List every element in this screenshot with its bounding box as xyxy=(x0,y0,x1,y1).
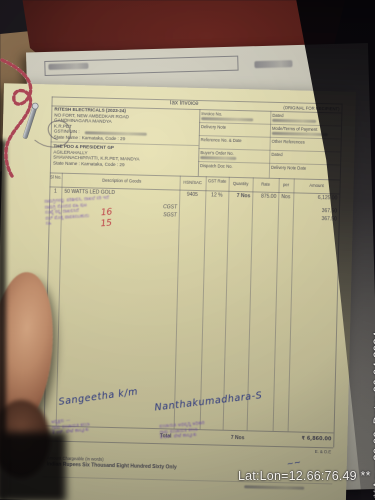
detail-value-smudge xyxy=(201,117,253,121)
col-header-amount: Amount xyxy=(294,182,340,188)
eoe-note: E. & O.E xyxy=(295,448,331,454)
back-page-scribble xyxy=(254,60,292,68)
item-amount: 6,125.00 xyxy=(293,194,337,201)
rule xyxy=(273,178,280,431)
tag-thread xyxy=(0,50,72,182)
stamp-handwritten-number-1: 16 xyxy=(100,207,112,218)
tax-row-sgst-amount: 367.50 xyxy=(293,215,337,222)
photo-of-invoice: Tax Invoice (ORIGINAL FOR RECIPIENT) RIT… xyxy=(0,0,375,500)
item-sl: 1 xyxy=(48,188,62,194)
grand-total-amount: ₹ 6,860.00 xyxy=(283,435,331,442)
detail-label-delivery-note-date: Delivery Note Date xyxy=(271,165,306,171)
detail-label-invoice-no: Invoice No. xyxy=(201,111,222,117)
detail-label-dated-2: Dated xyxy=(271,152,282,157)
col-header-description: Description of Goods xyxy=(64,177,180,185)
rule xyxy=(333,104,342,448)
stamp-handwritten-number-2: 15 xyxy=(100,218,112,229)
rule xyxy=(200,176,207,429)
detail-value-smudge xyxy=(272,119,316,123)
col-header-per: per xyxy=(279,182,294,187)
col-header-gst-rate: GST Rate xyxy=(206,178,229,184)
rule xyxy=(223,177,230,430)
bottom-left-shadow xyxy=(0,432,66,500)
item-hsn: 9405 xyxy=(179,192,205,199)
tax-row-cgst-amount: 367.50 xyxy=(293,207,337,214)
detail-label-reference: Reference No. & Date xyxy=(201,137,242,143)
item-gst-rate: 12 % xyxy=(205,192,228,199)
detail-label-other-refs: Other References xyxy=(272,139,305,145)
col-header-hsn: HSN/SAC xyxy=(180,180,206,186)
item-qty: 7 Nos xyxy=(228,193,250,200)
item-per: Nos xyxy=(278,194,293,200)
col-header-rate: Rate xyxy=(253,181,279,187)
detail-label-buyers-order: Buyer's Order No. xyxy=(200,150,234,156)
detail-label-delivery-note: Delivery Note xyxy=(201,124,226,130)
signature-right-stamp: ಪಂಚಾಯಿತಿ ಅಭಿವೃದ್ಧಿ ಅಧಿಕಾರಿ ಗ್ರಾಮ ಪಂಚಾಯತಿ… xyxy=(159,416,264,441)
corner-signature-scribble: ~∼ xyxy=(286,457,302,468)
rule xyxy=(43,440,333,448)
item-rate: 875.00 xyxy=(252,193,276,200)
detail-label-dispatch-doc: Dispatch Doc No. xyxy=(200,163,233,169)
left-edge-shadow xyxy=(0,140,6,500)
gps-overlay-text: Lat:Lon=12.66:76.49 ** xyxy=(238,469,371,483)
footer-smudge xyxy=(244,485,304,489)
detail-value-smudge xyxy=(272,132,328,136)
detail-value-smudge xyxy=(200,156,236,160)
detail-label-dated: Dated xyxy=(272,113,283,118)
col-header-quantity: Quantity xyxy=(229,181,253,187)
signature-left-name: Sangeetha k/m xyxy=(58,386,139,407)
